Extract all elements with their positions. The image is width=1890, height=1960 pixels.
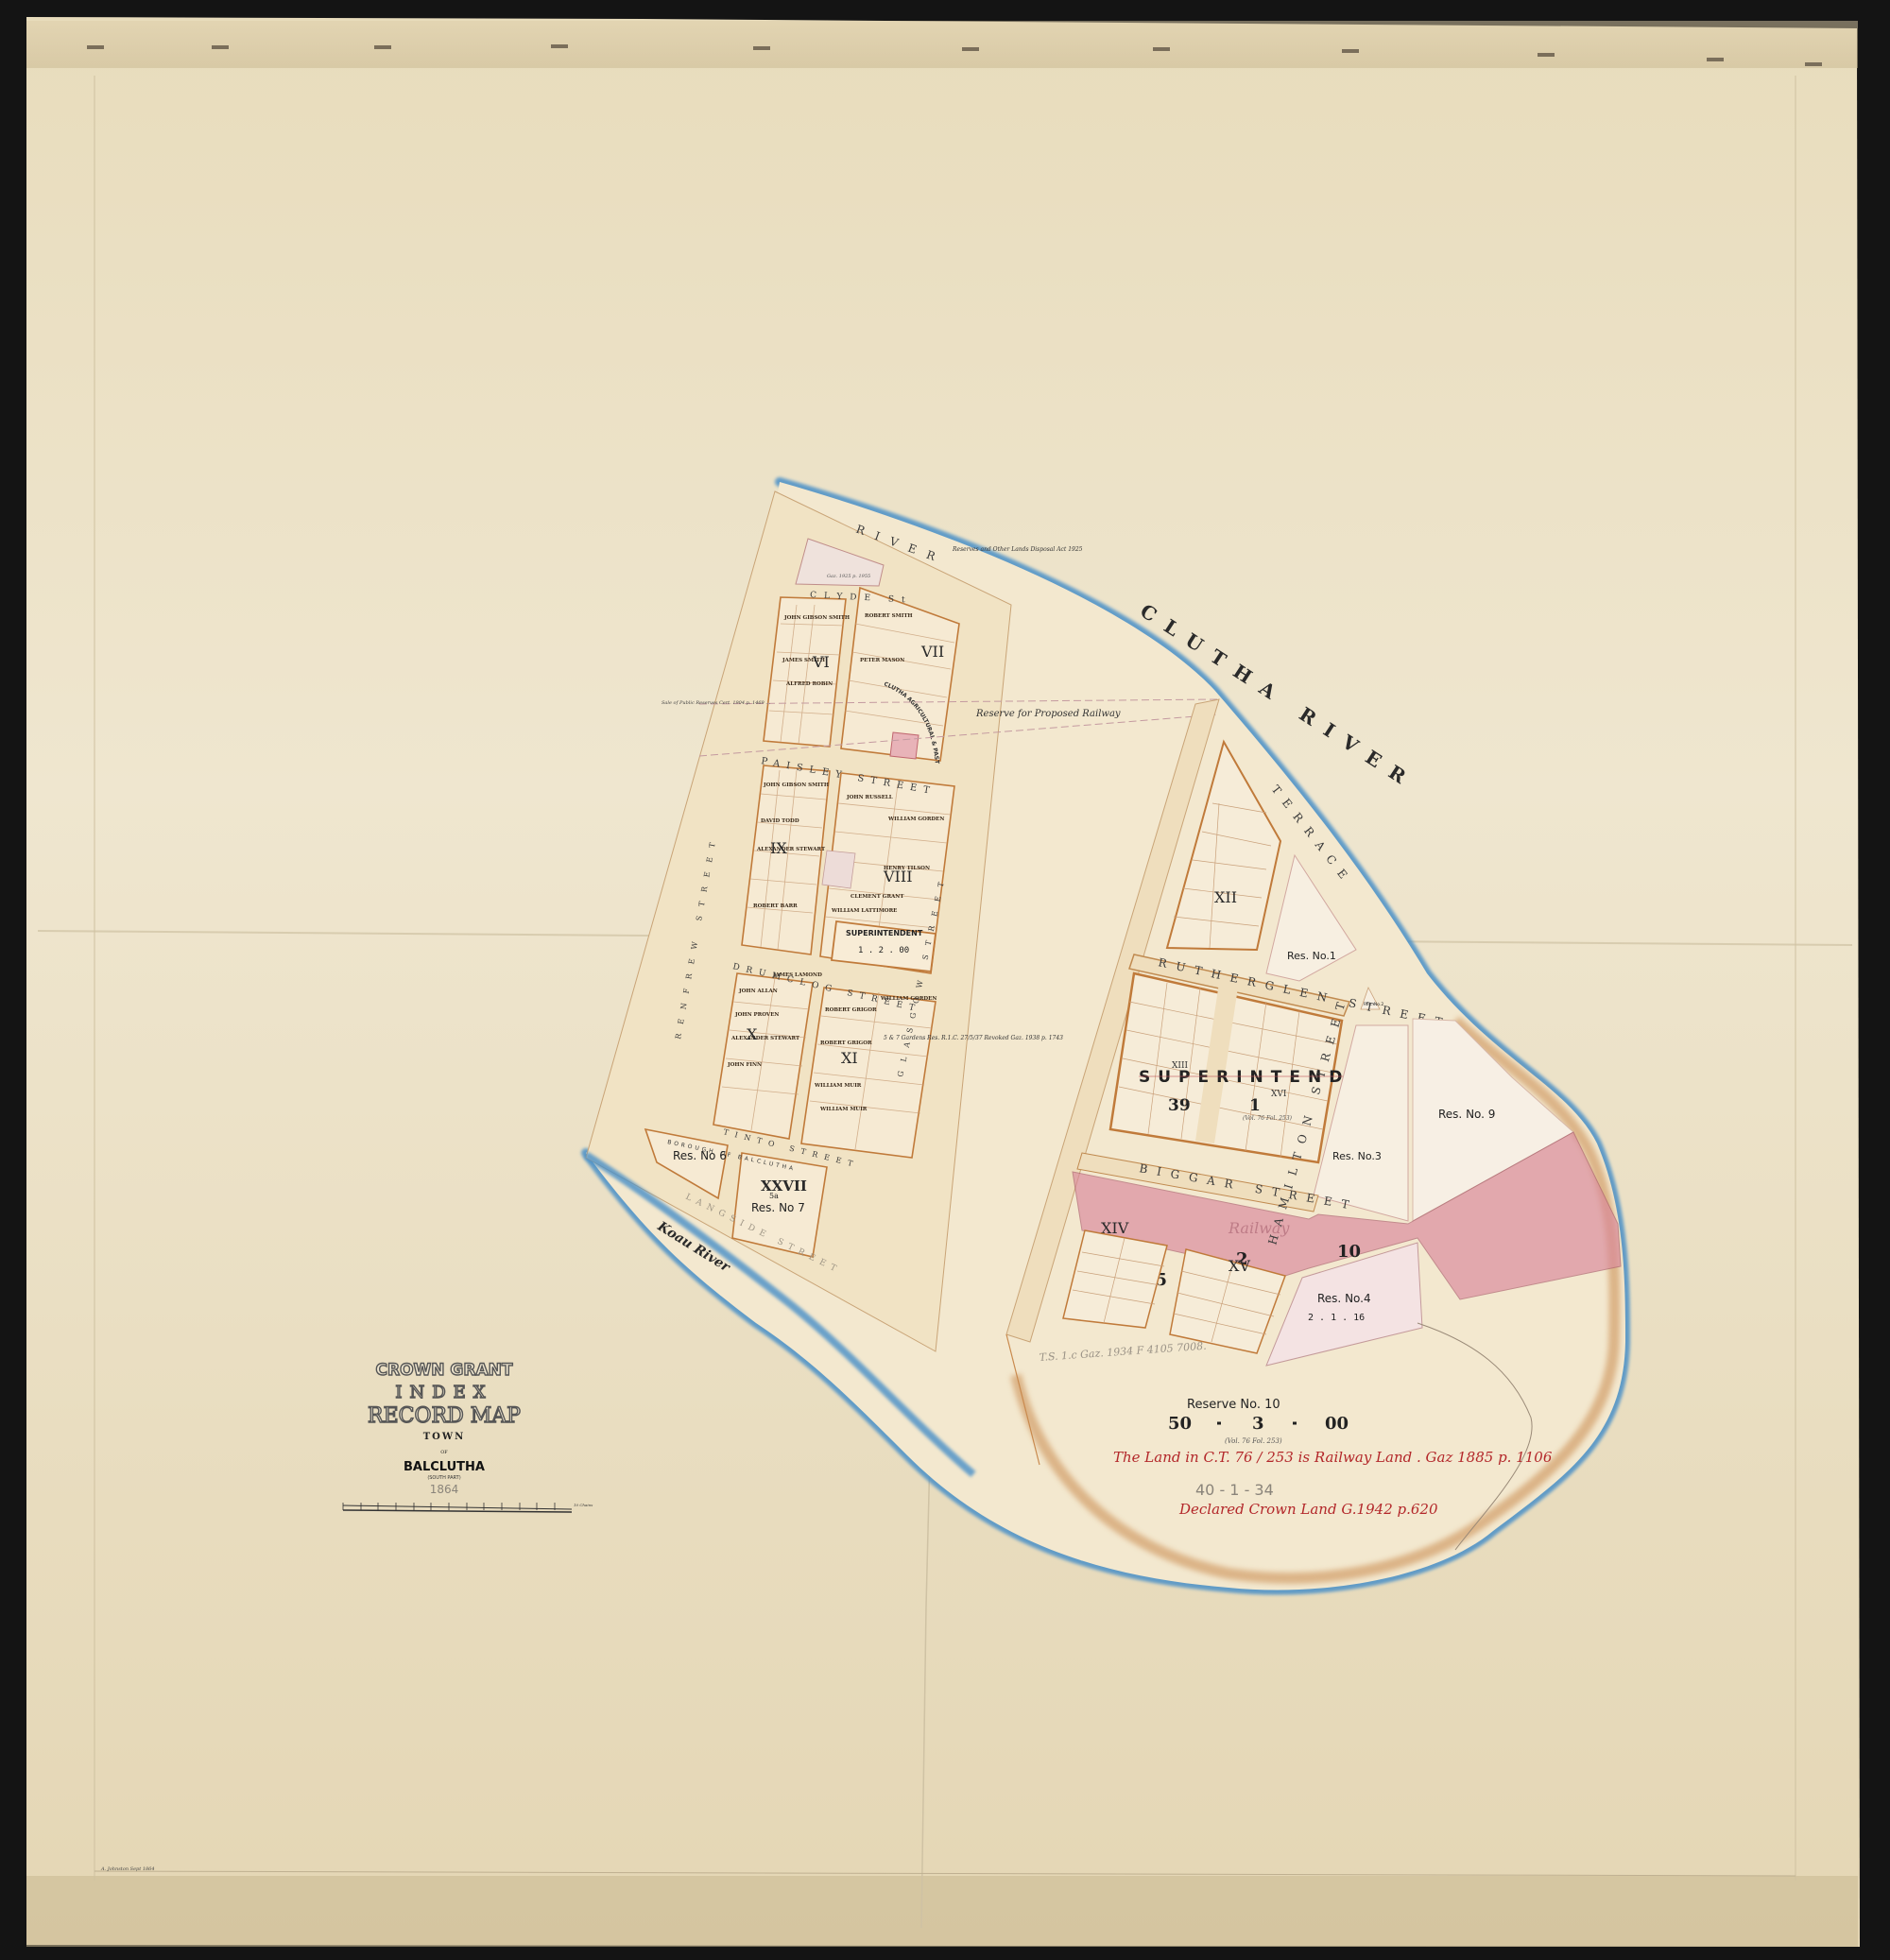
svg-text:WILLIAM MUIR: WILLIAM MUIR	[819, 1107, 868, 1112]
svg-text:WILLIAM MUIR: WILLIAM MUIR	[814, 1083, 862, 1089]
svg-text:Res. No 7: Res. No 7	[751, 1201, 805, 1214]
map-canvas: Gov' Reserve Gaz. 1925 p. 1955 Reserves …	[0, 0, 1890, 1960]
svg-text:CLEMENT GRANT: CLEMENT GRANT	[850, 894, 904, 900]
svg-text:ROBERT GRIGOR: ROBERT GRIGOR	[820, 1040, 872, 1046]
svg-text:JOHN GIBSON SMITH: JOHN GIBSON SMITH	[783, 615, 850, 621]
svg-text:PETER MASON: PETER MASON	[860, 658, 904, 663]
svg-text:JOHN GIBSON SMITH: JOHN GIBSON SMITH	[763, 782, 829, 788]
svg-text:1 . 2 . 00: 1 . 2 . 00	[858, 946, 909, 955]
svg-text:Res. No.4: Res. No.4	[1317, 1292, 1371, 1305]
title-line-5: OF	[440, 1450, 448, 1455]
svg-text:Res. No. 9: Res. No. 9	[1438, 1108, 1495, 1121]
svg-text:Res. No.3: Res. No.3	[1332, 1150, 1382, 1162]
svg-text:The Land in C.T. 76 / 253 is R: The Land in C.T. 76 / 253 is Railway Lan…	[1113, 1449, 1553, 1466]
svg-text:VII: VII	[920, 643, 944, 661]
svg-text:DAVID TODD: DAVID TODD	[761, 818, 799, 824]
title-line-3: RECORD MAP	[368, 1404, 521, 1428]
svg-text:(Vol. 76 Fol. 253): (Vol. 76 Fol. 253)	[1225, 1437, 1282, 1445]
svg-text:39: 39	[1168, 1096, 1191, 1115]
block-xv-label: XV	[1228, 1257, 1250, 1275]
svg-text:10: 10	[1337, 1242, 1361, 1262]
svg-text:VIII: VIII	[883, 868, 913, 885]
svg-text:X: X	[747, 1025, 758, 1043]
svg-text:JOHN PROVEN: JOHN PROVEN	[734, 1012, 779, 1018]
svg-text:XI: XI	[841, 1049, 858, 1067]
svg-text:Reserve for Proposed Railway: Reserve for Proposed Railway	[975, 709, 1121, 719]
place-subtitle: (SOUTH PART)	[427, 1475, 460, 1481]
svg-text:ALFRED ROBIN: ALFRED ROBIN	[785, 681, 833, 687]
title-line-4: TOWN	[423, 1432, 466, 1442]
place-name: BALCLUTHA	[404, 1460, 485, 1474]
svg-text:JOHN FINN: JOHN FINN	[727, 1062, 762, 1068]
svg-text:SUPERINTENDENT: SUPERINTENDENT	[846, 929, 923, 937]
svg-text:3: 3	[1252, 1414, 1264, 1434]
map-year: 1864	[430, 1483, 459, 1496]
svg-text:Res. No.1: Res. No.1	[1287, 950, 1336, 962]
svg-text:5a: 5a	[769, 1192, 779, 1200]
svg-text:XII: XII	[1214, 888, 1237, 906]
svg-text:2 . 1 . 16: 2 . 1 . 16	[1308, 1313, 1365, 1323]
svg-text:ROBERT GRIGOR: ROBERT GRIGOR	[825, 1007, 877, 1013]
svg-text:(Vol. 76 Fol. 253): (Vol. 76 Fol. 253)	[1243, 1115, 1293, 1122]
svg-text:WILLIAM GORDEN: WILLIAM GORDEN	[887, 817, 944, 822]
svg-text:Reserve No. 10: Reserve No. 10	[1187, 1398, 1280, 1412]
svg-text:50: 50	[1168, 1414, 1192, 1434]
svg-text:JOHN RUSSELL: JOHN RUSSELL	[846, 795, 893, 800]
svg-text:Gov' Reserve: Gov' Reserve	[818, 0, 875, 3]
svg-text:WILLIAM LATTIMORE: WILLIAM LATTIMORE	[831, 908, 897, 914]
title-line-2: INDEX	[395, 1383, 492, 1402]
svg-text:JOHN ALLAN: JOHN ALLAN	[738, 989, 778, 994]
svg-text:00: 00	[1325, 1414, 1349, 1434]
svg-text:XIII: XIII	[1172, 1061, 1189, 1071]
svg-text:40 - 1 - 34: 40 - 1 - 34	[1195, 1481, 1274, 1499]
svg-text:ALEXANDER STEWART: ALEXANDER STEWART	[756, 847, 826, 852]
svg-text:VI: VI	[812, 653, 830, 671]
svg-text:Sale of Public Reserves Cert.: Sale of Public Reserves Cert. 1904 p. 14…	[661, 700, 771, 706]
svg-text:IX: IX	[770, 839, 787, 857]
svg-text:ROBERT SMITH: ROBERT SMITH	[865, 613, 913, 619]
svg-text:XXVII: XXVII	[761, 1178, 807, 1195]
surveyor-signature: A. Johnston Sept 1864	[100, 1866, 155, 1872]
svg-text:ALEXANDER STEWART: ALEXANDER STEWART	[730, 1036, 800, 1041]
svg-text:10 Chains: 10 Chains	[574, 1503, 593, 1507]
svg-text:Declared Crown Land G.1942 p.6: Declared Crown Land G.1942 p.620	[1178, 1501, 1438, 1518]
svg-text:XVI: XVI	[1271, 1090, 1287, 1099]
title-line-1: CROWN GRANT	[376, 1361, 513, 1380]
svg-text:Gaz. 1925 p. 1955: Gaz. 1925 p. 1955	[827, 574, 870, 579]
svg-text:Reserves and Other Lands Dispo: Reserves and Other Lands Disposal Act 19…	[952, 546, 1083, 553]
svg-text:1: 1	[1249, 1096, 1261, 1115]
svg-text:ROBERT BARR: ROBERT BARR	[753, 903, 798, 909]
map-sheet: Gov' Reserve Gaz. 1925 p. 1955 Reserves …	[0, 0, 1890, 1960]
